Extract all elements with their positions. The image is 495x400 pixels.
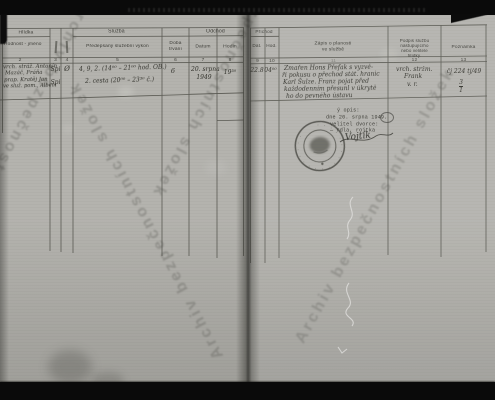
entry-symbol: Ø xyxy=(61,66,73,73)
film-edge-notch xyxy=(0,14,7,44)
rotated-header-mark xyxy=(54,41,56,53)
column-number: 3 xyxy=(50,58,60,63)
col-header-duration: Doba xyxy=(165,41,187,46)
column-number: 5 xyxy=(82,58,153,63)
band-service-label: Služba xyxy=(80,29,154,34)
entry-mark: Spi xyxy=(50,80,61,86)
scan-scratches xyxy=(325,192,385,382)
column-number: 7 xyxy=(192,58,214,63)
entry-duty-line: 2. cesta (20⁰⁰ – 23³⁰ č.) xyxy=(85,77,154,85)
col-header-date: Datum xyxy=(192,44,215,49)
film-edge-bar-bottom xyxy=(0,382,495,400)
film-edge-wedge xyxy=(451,14,495,24)
left-edge-shadow xyxy=(0,14,9,382)
entry-name-line: Mazáč, Fráňa xyxy=(5,70,43,76)
film-edge-bar-top xyxy=(0,0,495,15)
entry-date: 20. srpna xyxy=(191,67,217,73)
entry-mark: Spi xyxy=(50,67,61,73)
column-number: 4 xyxy=(62,58,72,63)
scanned-document: Archiv bezpečnostních složek Archiv bezp… xyxy=(0,0,495,400)
entry-name-line: ve služ. pom., Albem xyxy=(3,83,57,89)
band-patrol-label: Hlídka xyxy=(10,30,43,35)
entry-duration: 6 xyxy=(167,68,179,75)
column-number: 2 xyxy=(15,58,25,63)
document-paper: Archiv bezpečnostních složek Archiv bezp… xyxy=(0,14,495,382)
band-departure-label: Odchod xyxy=(192,29,239,34)
film-edge-faint-text xyxy=(128,8,428,12)
col-header-duration: trvání xyxy=(165,47,187,52)
entry-date: 1949 xyxy=(193,75,215,81)
col-header-rank-name: Hodnost - jméno xyxy=(4,42,42,47)
column-number: 6 xyxy=(165,58,187,63)
col-header-duty: Předepsaný služební výkon xyxy=(83,44,153,49)
